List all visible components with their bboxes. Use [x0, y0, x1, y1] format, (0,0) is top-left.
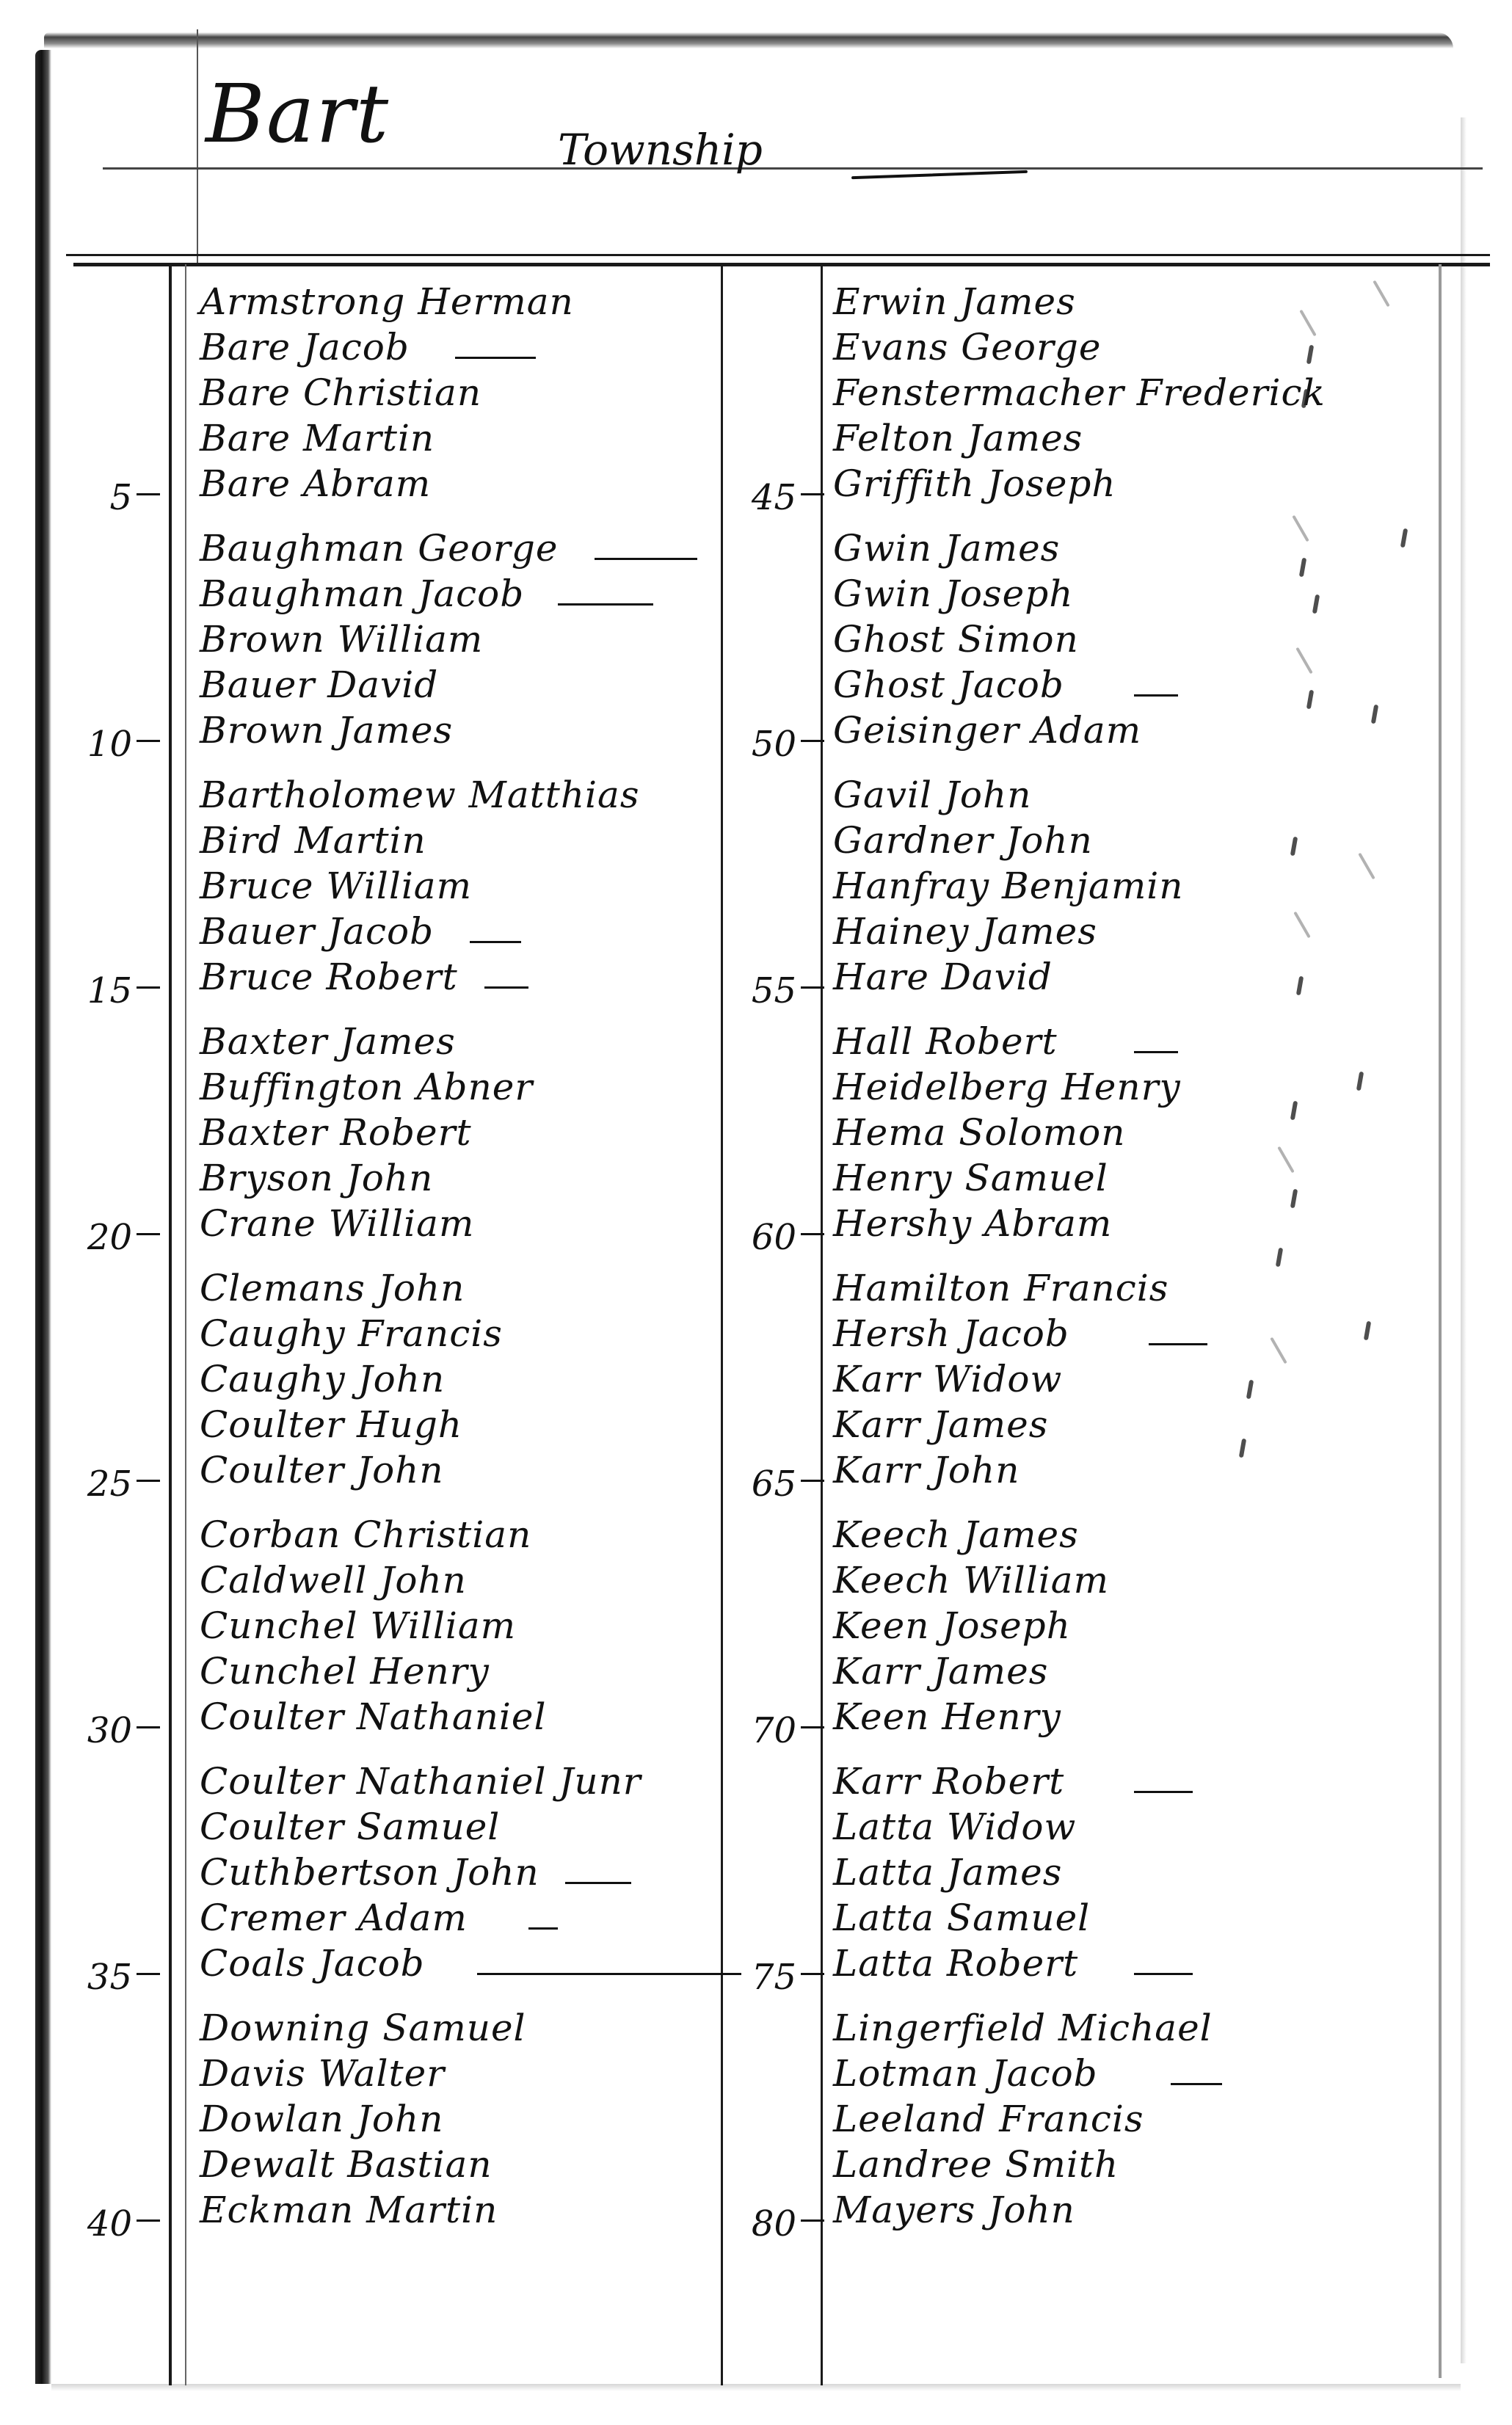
entry-count-marker: 10: [73, 724, 132, 765]
resident-name: Baxter James: [200, 1020, 456, 1063]
right-page-rule: [1439, 264, 1442, 2378]
header-flourish: [851, 170, 1028, 179]
name-entry: 30Coulter Nathaniel: [0, 1694, 719, 1738]
resident-name: Karr James: [833, 1403, 1048, 1446]
entry-count-marker: 80: [738, 2203, 796, 2244]
name-entry: Bruce William: [0, 863, 719, 907]
name-entry: Baxter Robert: [0, 1110, 719, 1154]
name-entry: Hamilton Francis: [723, 1265, 1439, 1309]
name-entry: Baughman Jacob: [0, 571, 719, 615]
name-entry: 75Latta Robert: [723, 1941, 1439, 1985]
ink-speck: [1276, 1248, 1283, 1268]
resident-name: Cremer Adam: [200, 1897, 468, 1939]
entry-count-marker: 55: [738, 970, 796, 1011]
name-entry: 20Crane William: [0, 1201, 719, 1245]
resident-name: Bare Christian: [200, 371, 481, 414]
resident-name: Karr James: [833, 1650, 1048, 1693]
resident-name: Hamilton Francis: [833, 1267, 1168, 1309]
name-entry: Erwin James: [723, 279, 1439, 323]
resident-name: Brown William: [200, 618, 483, 661]
resident-name: Coulter Hugh: [200, 1403, 462, 1446]
name-entry: 15Bruce Robert: [0, 954, 719, 998]
resident-name: Gavil John: [833, 774, 1031, 816]
resident-name: Caughy John: [200, 1358, 445, 1400]
entry-count-marker: 35: [73, 1957, 132, 1998]
resident-name: Brown James: [200, 709, 453, 752]
name-entry: Gwin James: [723, 526, 1439, 570]
resident-name: Hainey James: [833, 910, 1097, 953]
resident-name: Bauer Jacob: [200, 910, 434, 953]
resident-name: Keen Joseph: [833, 1604, 1071, 1647]
resident-name: Geisinger Adam: [833, 709, 1141, 752]
pen-trail-line: [477, 1973, 741, 1975]
name-entry: Cunchel Henry: [0, 1648, 719, 1693]
name-entry: Latta Widow: [723, 1804, 1439, 1848]
name-entry: Coulter Samuel: [0, 1804, 719, 1848]
resident-name: Gwin James: [833, 527, 1060, 570]
name-entry: Bird Martin: [0, 818, 719, 862]
name-entry: Caughy Francis: [0, 1311, 719, 1355]
pen-trail-line: [528, 1927, 558, 1930]
resident-name: Griffith Joseph: [833, 462, 1116, 505]
resident-name: Latta Samuel: [833, 1897, 1090, 1939]
name-entry: Henry Samuel: [723, 1155, 1439, 1199]
marker-dash: [137, 1480, 160, 1482]
name-entry: Buffington Abner: [0, 1064, 719, 1108]
pen-trail-line: [1134, 1051, 1178, 1053]
resident-name: Clemans John: [200, 1267, 465, 1309]
resident-name: Baughman Jacob: [200, 572, 524, 615]
resident-name: Dowlan John: [200, 2098, 443, 2140]
marker-dash: [137, 1973, 160, 1975]
name-entry: Hersh Jacob: [723, 1311, 1439, 1355]
entry-count-marker: 25: [73, 1464, 132, 1505]
name-entry: Caldwell John: [0, 1557, 719, 1601]
name-entry: Bare Christian: [0, 370, 719, 414]
resident-name: Caughy Francis: [200, 1312, 503, 1355]
entry-count-marker: 15: [73, 970, 132, 1011]
name-entry: 60Hershy Abram: [723, 1201, 1439, 1245]
name-entry: Karr Widow: [723, 1356, 1439, 1400]
name-entry: 65Karr John: [723, 1447, 1439, 1491]
name-entry: Lotman Jacob: [723, 2051, 1439, 2095]
header-rule-thin: [66, 254, 1490, 256]
resident-name: Coulter Samuel: [200, 1806, 500, 1848]
resident-name: Dewalt Bastian: [200, 2143, 493, 2186]
resident-name: Evans George: [833, 326, 1101, 368]
entry-count-marker: 50: [738, 724, 796, 765]
name-entry: Bartholomew Matthias: [0, 772, 719, 816]
resident-name: Bare Abram: [200, 462, 431, 505]
name-entry: Clemans John: [0, 1265, 719, 1309]
page-edge-bottom: [51, 2384, 1461, 2391]
township-name: Bart: [206, 73, 390, 154]
pen-trail-line: [565, 1882, 631, 1884]
resident-name: Ghost Jacob: [833, 663, 1064, 706]
name-entry: Hema Solomon: [723, 1110, 1439, 1154]
name-entry: Bare Martin: [0, 415, 719, 459]
resident-name: Fenstermacher Frederick: [833, 371, 1326, 414]
marker-dash: [137, 1233, 160, 1235]
title-underline: [103, 167, 1483, 170]
resident-name: Caldwell John: [200, 1559, 467, 1601]
entry-count-marker: 65: [738, 1464, 796, 1505]
resident-name: Baughman George: [200, 527, 558, 570]
township-label: Township: [558, 128, 763, 171]
resident-name: Corban Christian: [200, 1513, 531, 1556]
resident-name: Karr Widow: [833, 1358, 1062, 1400]
resident-name: Eckman Martin: [200, 2189, 498, 2231]
name-entry: Karr James: [723, 1648, 1439, 1693]
resident-name: Keech James: [833, 1513, 1079, 1556]
marker-dash: [801, 1726, 824, 1728]
name-entry: Karr Robert: [723, 1759, 1439, 1803]
pen-trail-line: [1149, 1343, 1207, 1345]
name-entry: 55Hare David: [723, 954, 1439, 998]
resident-name: Latta Robert: [833, 1942, 1078, 1985]
name-entry: Landree Smith: [723, 2142, 1439, 2186]
entry-count-marker: 30: [73, 1710, 132, 1751]
entry-count-marker: 60: [738, 1217, 796, 1258]
name-entry: 50Geisinger Adam: [723, 708, 1439, 752]
name-entry: 5Bare Abram: [0, 461, 719, 505]
marker-dash: [801, 1233, 824, 1235]
resident-name: Keen Henry: [833, 1695, 1061, 1738]
resident-name: Bird Martin: [200, 819, 426, 862]
name-entry: Dewalt Bastian: [0, 2142, 719, 2186]
name-entry: Latta Samuel: [723, 1895, 1439, 1939]
name-entry: Coulter Hugh: [0, 1402, 719, 1446]
name-entry: Downing Samuel: [0, 2005, 719, 2049]
resident-name: Landree Smith: [833, 2143, 1119, 2186]
marker-dash: [801, 2219, 824, 2222]
marker-dash: [801, 1480, 824, 1482]
name-entry: 80Mayers John: [723, 2187, 1439, 2231]
resident-name: Karr Robert: [833, 1760, 1064, 1803]
pen-trail-line: [484, 986, 528, 989]
name-entry: Bare Jacob: [0, 324, 719, 368]
resident-name: Latta Widow: [833, 1806, 1076, 1848]
resident-name: Gwin Joseph: [833, 572, 1073, 615]
resident-name: Coals Jacob: [200, 1942, 425, 1985]
marker-dash: [137, 2219, 160, 2222]
resident-name: Hare David: [833, 956, 1053, 998]
name-entry: Caughy John: [0, 1356, 719, 1400]
name-entry: 35Coals Jacob: [0, 1941, 719, 1985]
name-entry: 40Eckman Martin: [0, 2187, 719, 2231]
name-entry: Gavil John: [723, 772, 1439, 816]
name-entry: Cuthbertson John: [0, 1850, 719, 1894]
resident-name: Heidelberg Henry: [833, 1066, 1181, 1108]
name-entry: Hanfray Benjamin: [723, 863, 1439, 907]
name-entry: 70Keen Henry: [723, 1694, 1439, 1738]
resident-name: Buffington Abner: [200, 1066, 533, 1108]
resident-name: Leeland Francis: [833, 2098, 1144, 2140]
pen-trail-line: [1171, 2083, 1222, 2085]
resident-name: Latta James: [833, 1851, 1062, 1894]
resident-name: Cunchel Henry: [200, 1650, 490, 1693]
entry-count-marker: 70: [738, 1710, 796, 1751]
name-entry: Gardner John: [723, 818, 1439, 862]
name-entry: Cremer Adam: [0, 1895, 719, 1939]
name-entry: Gwin Joseph: [723, 571, 1439, 615]
pen-trail-line: [1134, 1973, 1193, 1975]
name-entry: Ghost Simon: [723, 617, 1439, 661]
marker-dash: [801, 493, 824, 495]
resident-name: Crane William: [200, 1202, 474, 1245]
entry-count-marker: 20: [73, 1217, 132, 1258]
name-entry: Keen Joseph: [723, 1603, 1439, 1647]
header-rule-thick: [73, 263, 1490, 266]
marker-dash: [137, 1726, 160, 1728]
resident-name: Bauer David: [200, 663, 438, 706]
pen-trail-line: [1134, 694, 1178, 697]
name-entry: Armstrong Herman: [0, 279, 719, 323]
marker-dash: [137, 740, 160, 742]
name-entry: Cunchel William: [0, 1603, 719, 1647]
page-edge-right: [1461, 117, 1466, 2363]
resident-name: Keech William: [833, 1559, 1109, 1601]
marker-dash: [801, 986, 824, 989]
resident-name: Bare Martin: [200, 417, 435, 459]
name-entry: Latta James: [723, 1850, 1439, 1894]
resident-name: Coulter John: [200, 1449, 444, 1491]
marker-dash: [137, 493, 160, 495]
name-entry: Keech James: [723, 1512, 1439, 1556]
name-entry: Ghost Jacob: [723, 662, 1439, 706]
resident-name: Coulter Nathaniel: [200, 1695, 546, 1738]
resident-name: Lotman Jacob: [833, 2052, 1098, 2095]
name-entry: Leeland Francis: [723, 2096, 1439, 2140]
resident-name: Downing Samuel: [200, 2007, 526, 2049]
name-entry: Corban Christian: [0, 1512, 719, 1556]
name-entry: Davis Walter: [0, 2051, 719, 2095]
resident-name: Ghost Simon: [833, 618, 1079, 661]
resident-name: Karr John: [833, 1449, 1019, 1491]
name-entry: Hainey James: [723, 909, 1439, 953]
name-entry: Baxter James: [0, 1019, 719, 1063]
resident-name: Bartholomew Matthias: [200, 774, 640, 816]
entry-count-marker: 45: [738, 477, 796, 518]
name-entry: Karr James: [723, 1402, 1439, 1446]
resident-name: Bruce Robert: [200, 956, 458, 998]
marker-dash: [801, 740, 824, 742]
name-entry: Keech William: [723, 1557, 1439, 1601]
pen-trail-line: [470, 941, 521, 943]
name-entry: Dowlan John: [0, 2096, 719, 2140]
resident-name: Davis Walter: [200, 2052, 445, 2095]
resident-name: Bruce William: [200, 865, 472, 907]
entry-count-marker: 75: [738, 1957, 796, 1998]
name-entry: 45Griffith Joseph: [723, 461, 1439, 505]
resident-name: Baxter Robert: [200, 1111, 472, 1154]
page-edge-top: [44, 32, 1453, 48]
resident-name: Cunchel William: [200, 1604, 516, 1647]
resident-name: Erwin James: [833, 280, 1076, 323]
resident-name: Bare Jacob: [200, 326, 410, 368]
resident-name: Mayers John: [833, 2189, 1075, 2231]
resident-name: Felton James: [833, 417, 1083, 459]
marker-dash: [137, 986, 160, 989]
resident-name: Lingerfield Michael: [833, 2007, 1213, 2049]
resident-name: Bryson John: [200, 1157, 433, 1199]
name-entry: Hall Robert: [723, 1019, 1439, 1063]
margin-rule-top: [197, 29, 198, 264]
name-entry: Evans George: [723, 324, 1439, 368]
pen-trail-line: [595, 558, 697, 560]
name-entry: Baughman George: [0, 526, 719, 570]
name-entry: Coulter Nathaniel Junr: [0, 1759, 719, 1803]
name-entry: Lingerfield Michael: [723, 2005, 1439, 2049]
name-entry: 25Coulter John: [0, 1447, 719, 1491]
pen-trail-line: [455, 357, 536, 359]
name-entry: Bryson John: [0, 1155, 719, 1199]
name-entry: Felton James: [723, 415, 1439, 459]
marker-dash: [801, 1973, 824, 1975]
name-entry: Fenstermacher Frederick: [723, 370, 1439, 414]
resident-name: Hall Robert: [833, 1020, 1058, 1063]
entry-count-marker: 5: [73, 477, 132, 518]
resident-name: Hanfray Benjamin: [833, 865, 1183, 907]
resident-name: Coulter Nathaniel Junr: [200, 1760, 641, 1803]
pen-trail-line: [1134, 1791, 1193, 1793]
resident-name: Hersh Jacob: [833, 1312, 1069, 1355]
resident-name: Armstrong Herman: [200, 280, 574, 323]
name-entry: Heidelberg Henry: [723, 1064, 1439, 1108]
resident-name: Henry Samuel: [833, 1157, 1108, 1199]
resident-name: Hershy Abram: [833, 1202, 1112, 1245]
resident-name: Hema Solomon: [833, 1111, 1125, 1154]
pen-trail-line: [558, 603, 653, 606]
name-entry: 10Brown James: [0, 708, 719, 752]
entry-count-marker: 40: [73, 2203, 132, 2244]
name-entry: Bauer David: [0, 662, 719, 706]
resident-name: Gardner John: [833, 819, 1093, 862]
name-entry: Brown William: [0, 617, 719, 661]
name-entry: Bauer Jacob: [0, 909, 719, 953]
resident-name: Cuthbertson John: [200, 1851, 539, 1894]
